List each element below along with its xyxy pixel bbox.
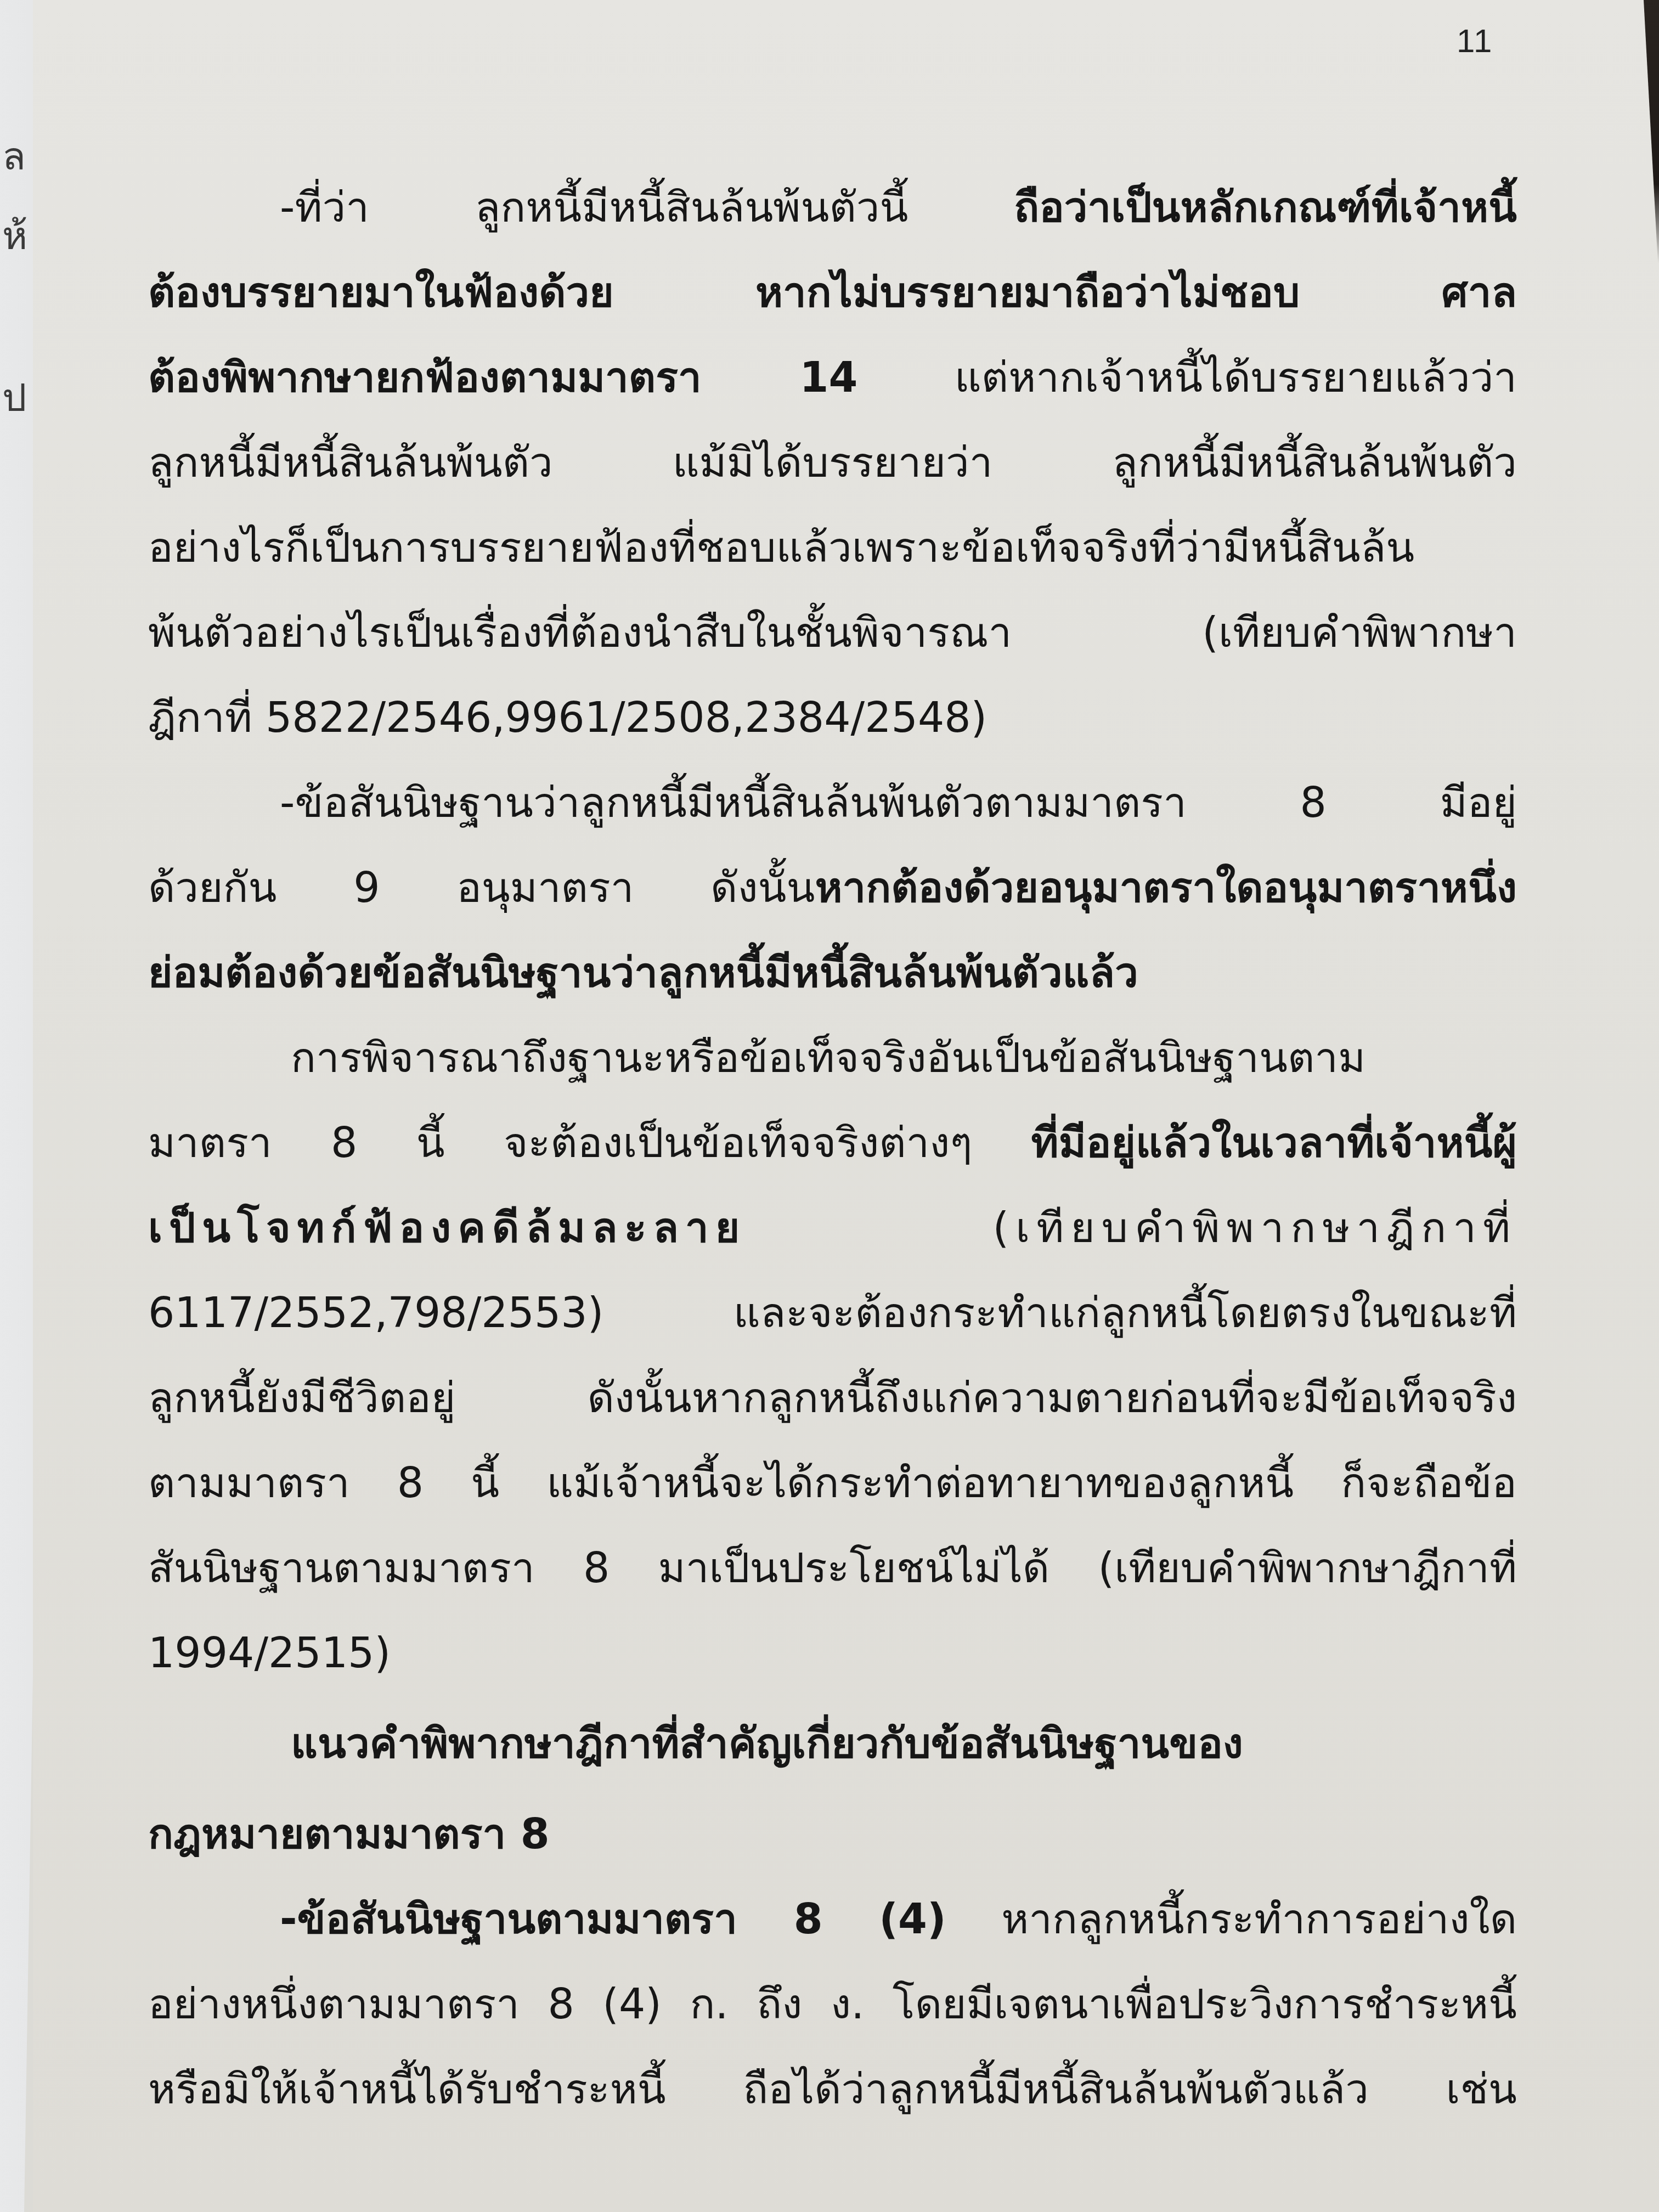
paragraph-line: ด้วยกัน 9 อนุมาตรา ดังนั้นหากต้องด้วยอนุ… xyxy=(148,845,1517,930)
text-run: 1994/2515) xyxy=(148,1628,391,1677)
text-run: -ข้อสันนิษฐานว่าลูกหนี้มีหนี้สินล้นพ้นตั… xyxy=(280,778,1517,827)
paragraph-line: 1994/2515) xyxy=(148,1610,1517,1695)
paragraph-line: การพิจารณาถึงฐานะหรือข้อเท็จจริงอันเป็นข… xyxy=(148,1015,1517,1100)
text-run: การพิจารณาถึงฐานะหรือข้อเท็จจริงอันเป็นข… xyxy=(291,1033,1365,1082)
text-run: ลูกหนี้ยังมีชีวิตอยู่ ดังนั้นหากลูกหนี้ถ… xyxy=(148,1373,1517,1422)
paragraph-line: ลูกหนี้ยังมีชีวิตอยู่ ดังนั้นหากลูกหนี้ถ… xyxy=(148,1355,1517,1440)
bold-text-run: ถือว่าเป็นหลักเกณฑ์ที่เจ้าหนี้ xyxy=(1014,183,1517,232)
paragraph-line: สันนิษฐานตามมาตรา 8 มาเป็นประโยชน์ไม่ได้… xyxy=(148,1525,1517,1610)
text-run: ด้วยกัน 9 อนุมาตรา ดังนั้น xyxy=(148,863,815,912)
text-run: ฎีกาที่ 5822/2546,9961/2508,2384/2548) xyxy=(148,693,987,742)
section-heading-line: กฎหมายตามมาตรา 8 xyxy=(148,1791,1517,1876)
page-body-text: -ที่ว่า ลูกหนี้มีหนี้สินล้นพ้นตัวนี้ ถือ… xyxy=(148,165,1517,2131)
paragraph-line: หรือมิให้เจ้าหนี้ได้รับชำระหนี้ ถือได้ว่… xyxy=(148,2046,1517,2131)
paragraph-line: พ้นตัวอย่างไรเป็นเรื่องที่ต้องนำสืบในชั้… xyxy=(148,590,1517,675)
text-run: มาตรา 8 นี้ จะต้องเป็นข้อเท็จจริงต่างๆ xyxy=(148,1118,1031,1167)
text-run: ลูกหนี้มีหนี้สินล้นพ้นตัว แม้มิได้บรรยาย… xyxy=(148,438,1517,487)
text-run: พ้นตัวอย่างไรเป็นเรื่องที่ต้องนำสืบในชั้… xyxy=(148,608,1517,657)
bold-text-run: ต้องพิพากษายกฟ้องตามมาตรา 14 xyxy=(148,353,857,402)
paragraph-line: -ข้อสันนิษฐานว่าลูกหนี้มีหนี้สินล้นพ้นตั… xyxy=(148,760,1517,845)
paragraph-line: เป็นโจทก์ฟ้องคดีล้มละลาย (เทียบคำพิพากษา… xyxy=(148,1185,1517,1270)
text-run: (เทียบคำพิพากษาฎีกาที่ xyxy=(746,1203,1517,1252)
bold-text-run: แนวคำพิพากษาฎีกาที่สำคัญเกี่ยวกับข้อสันน… xyxy=(291,1719,1243,1768)
paragraph-line: ตามมาตรา 8 นี้ แม้เจ้าหนี้จะได้กระทำต่อท… xyxy=(148,1440,1517,1525)
paragraph-line: ย่อมต้องด้วยข้อสันนิษฐานว่าลูกหนี้มีหนี้… xyxy=(148,930,1517,1015)
bold-text-run: กฎหมายตามมาตรา 8 xyxy=(148,1809,550,1858)
left-page-fragment: ล xyxy=(2,137,26,176)
paragraph-line: ฎีกาที่ 5822/2546,9961/2508,2384/2548) xyxy=(148,675,1517,760)
paragraph-line: ลูกหนี้มีหนี้สินล้นพ้นตัว แม้มิได้บรรยาย… xyxy=(148,420,1517,505)
page-number: 11 xyxy=(1457,22,1493,60)
paragraph-line: 6117/2552,798/2553) และจะต้องกระทำแก่ลูก… xyxy=(148,1270,1517,1355)
bold-text-run: -ข้อสันนิษฐานตามมาตรา 8 (4) xyxy=(280,1894,946,1943)
text-run: สันนิษฐานตามมาตรา 8 มาเป็นประโยชน์ไม่ได้… xyxy=(148,1543,1517,1592)
left-page-fragment: ป xyxy=(2,379,26,417)
text-run: -ที่ว่า ลูกหนี้มีหนี้สินล้นพ้นตัวนี้ xyxy=(280,183,1014,232)
bold-text-run: ย่อมต้องด้วยข้อสันนิษฐานว่าลูกหนี้มีหนี้… xyxy=(148,948,1138,997)
left-page-fragment: ห้ xyxy=(2,217,27,255)
text-run: หากลูกหนี้กระทำการอย่างใด xyxy=(946,1894,1517,1943)
text-run: อย่างหนึ่งตามมาตรา 8 (4) ก. ถึง ง. โดยมี… xyxy=(148,1979,1517,2028)
text-run: ตามมาตรา 8 นี้ แม้เจ้าหนี้จะได้กระทำต่อท… xyxy=(148,1458,1517,1507)
text-run: อย่างไรก็เป็นการบรรยายฟ้องที่ชอบแล้วเพรา… xyxy=(148,523,1414,572)
section-heading-line: แนวคำพิพากษาฎีกาที่สำคัญเกี่ยวกับข้อสันน… xyxy=(148,1695,1517,1791)
bold-text-run: ที่มีอยู่แล้วในเวลาที่เจ้าหนี้ผู้ xyxy=(1031,1118,1517,1167)
paragraph-line: -ข้อสันนิษฐานตามมาตรา 8 (4) หากลูกหนี้กร… xyxy=(148,1876,1517,1961)
bold-text-run: เป็นโจทก์ฟ้องคดีล้มละลาย xyxy=(148,1203,746,1252)
paragraph-line: ต้องบรรยายมาในฟ้องด้วย หากไม่บรรยายมาถือ… xyxy=(148,250,1517,335)
bold-text-run: หากต้องด้วยอนุมาตราใดอนุมาตราหนึ่ง xyxy=(815,863,1517,912)
text-run: หรือมิให้เจ้าหนี้ได้รับชำระหนี้ ถือได้ว่… xyxy=(148,2064,1517,2113)
paragraph-line: อย่างหนึ่งตามมาตรา 8 (4) ก. ถึง ง. โดยมี… xyxy=(148,1961,1517,2046)
bold-text-run: ต้องบรรยายมาในฟ้องด้วย หากไม่บรรยายมาถือ… xyxy=(148,268,1517,317)
text-run: 6117/2552,798/2553) และจะต้องกระทำแก่ลูก… xyxy=(148,1288,1517,1337)
paragraph-line: อย่างไรก็เป็นการบรรยายฟ้องที่ชอบแล้วเพรา… xyxy=(148,505,1517,590)
background-corner-shadow xyxy=(1637,0,1659,263)
paragraph-line: มาตรา 8 นี้ จะต้องเป็นข้อเท็จจริงต่างๆ ท… xyxy=(148,1100,1517,1185)
text-run: แต่หากเจ้าหนี้ได้บรรยายแล้วว่า xyxy=(857,353,1517,402)
paragraph-line: -ที่ว่า ลูกหนี้มีหนี้สินล้นพ้นตัวนี้ ถือ… xyxy=(148,165,1517,250)
paragraph-line: ต้องพิพากษายกฟ้องตามมาตรา 14 แต่หากเจ้าห… xyxy=(148,335,1517,420)
